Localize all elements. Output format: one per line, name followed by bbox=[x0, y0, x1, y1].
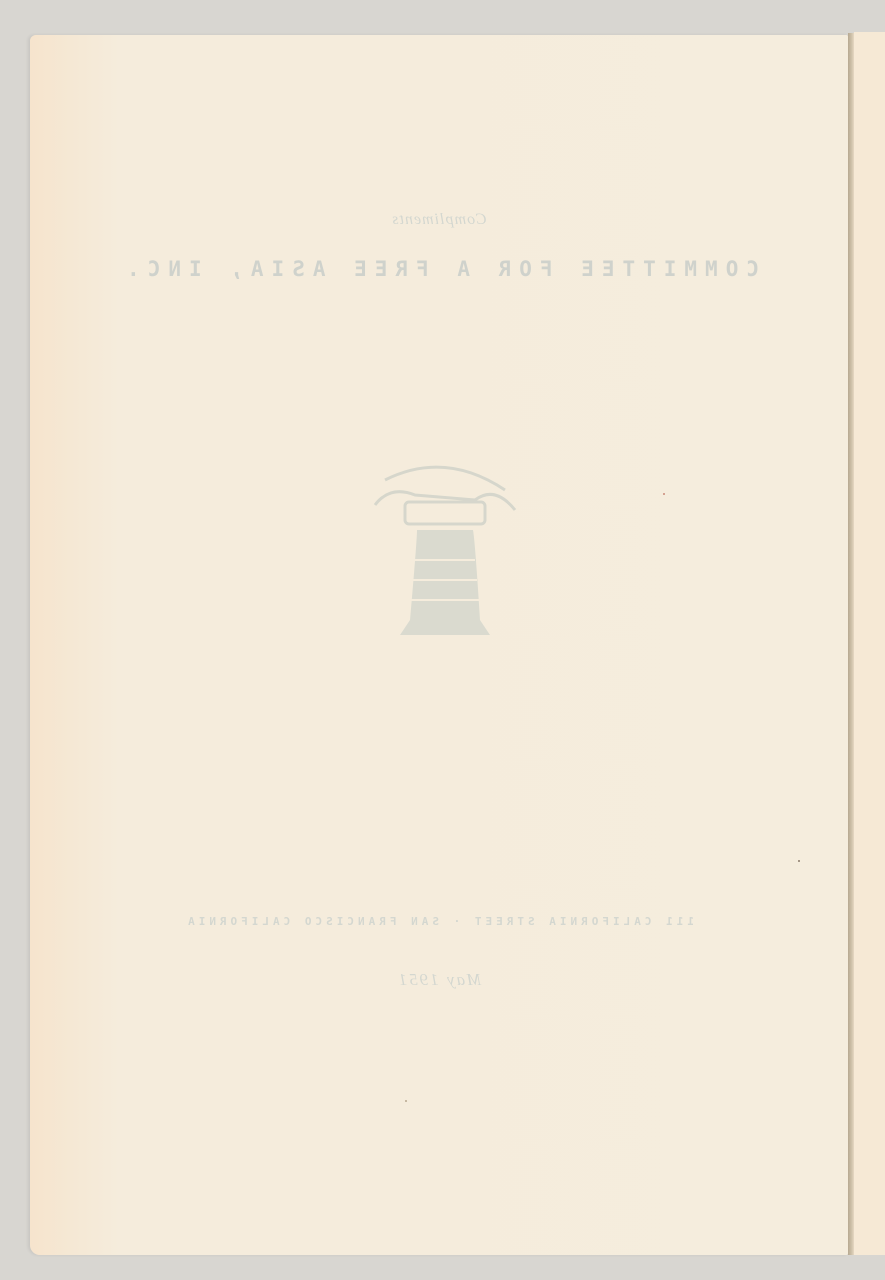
show-through-organization: COMMITTEE FOR A FREE ASIA, INC. bbox=[30, 257, 848, 281]
bell-icon bbox=[355, 430, 535, 645]
show-through-date: May 1951 bbox=[30, 970, 848, 990]
paper-speck bbox=[405, 1100, 407, 1102]
show-through-address: 111 CALIFORNIA STREET · SAN FRANCISCO CA… bbox=[30, 915, 848, 928]
adjacent-page-edge bbox=[854, 32, 885, 1255]
paper-speck bbox=[798, 860, 800, 862]
document-page: Compliments COMMITTEE FOR A FREE ASIA, I… bbox=[30, 35, 848, 1255]
paper-speck bbox=[663, 493, 665, 495]
show-through-compliments: Compliments bbox=[30, 211, 848, 229]
